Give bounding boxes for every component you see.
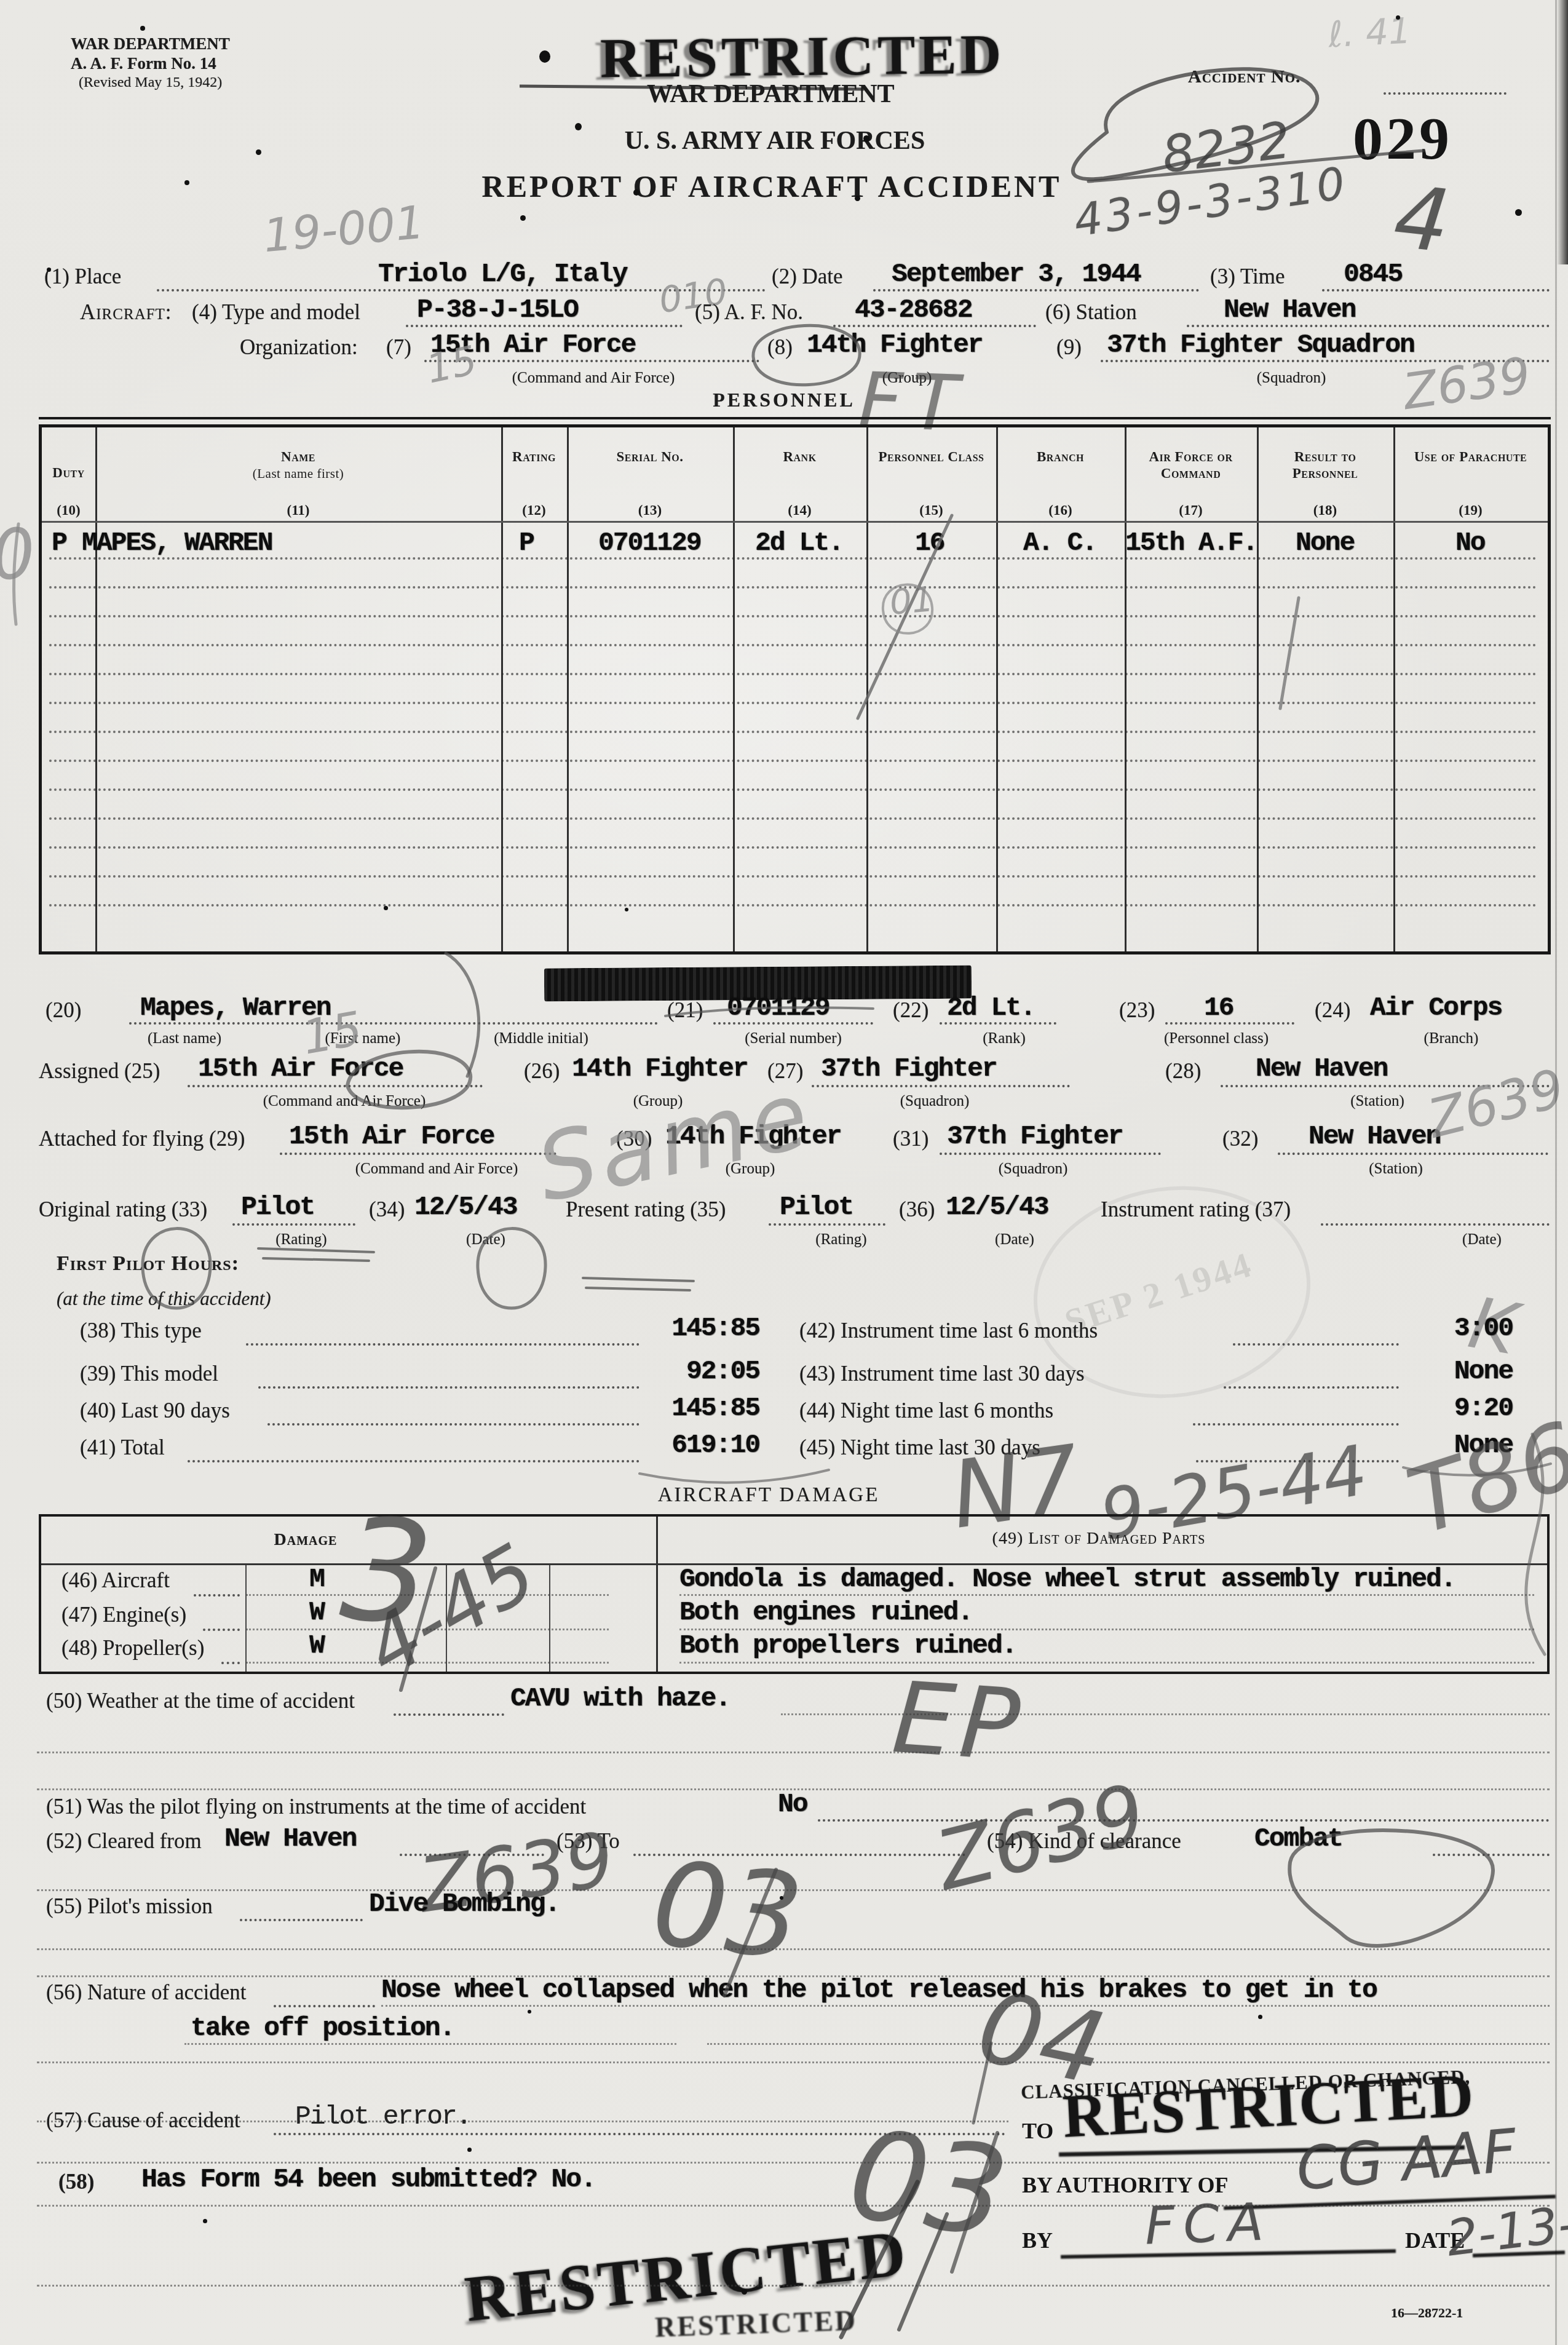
hw-film-number: 19-001 [261, 200, 426, 260]
present-rating-value: Pilot [780, 1194, 853, 1220]
field-date-label: (2) Date [772, 266, 843, 287]
dotted-leader [188, 1085, 483, 1087]
dotted-leader [267, 1423, 639, 1426]
col-header-name-sub: (Last name first) [95, 466, 501, 482]
scan-speck [520, 215, 526, 221]
col-num: (15) [866, 502, 996, 518]
assigned-sq-value: 37th Fighter [821, 1055, 997, 1082]
table-row-line [49, 817, 1537, 820]
row-rank: 2d Lt. [755, 530, 843, 556]
damage-divider [656, 1517, 658, 1672]
hw-fca: FCA [1144, 2196, 1273, 2252]
table-row-line [49, 615, 1537, 617]
damage-46-parts: Gondola is damaged. Nose wheel strut ass… [679, 1566, 1455, 1592]
field-type-label: (4) Type and model [192, 301, 360, 323]
assigned-st-label: (28) [1165, 1060, 1201, 1082]
dotted-leader [812, 1085, 1070, 1087]
assigned-sub: (Command and Air Force) [203, 1093, 486, 1109]
damage-47-label: (47) Engine(s) [61, 1604, 186, 1625]
field-9-label: (9) [1056, 336, 1082, 358]
hours-39-label: (39) This model [80, 1363, 218, 1384]
dotted-leader [1322, 289, 1550, 292]
field-57-value: Pilot error. [295, 2103, 471, 2130]
scan-speck [256, 149, 261, 155]
scan-speck [575, 123, 582, 130]
field-8-label: (8) [767, 336, 793, 358]
attached-st-label: (32) [1222, 1128, 1258, 1149]
dotted-leader [1321, 1223, 1550, 1226]
hw-org-15: 15 [423, 341, 480, 390]
dotted-leader [873, 289, 1199, 292]
col-header-duty: Duty [42, 464, 95, 481]
field-22-value: 2d Lt. [947, 994, 1035, 1021]
hw-same-scrawl: Same [529, 1068, 819, 1216]
col-header-serial: Serial No. [567, 448, 733, 465]
hw-mission-03: 03 [647, 1845, 807, 1977]
scan-speck [855, 196, 860, 201]
field-57-label: (57) Cause of accident [46, 2109, 240, 2131]
hours-40-value: 145:85 [633, 1395, 759, 1421]
table-header-rule [42, 521, 1548, 523]
scan-speck [203, 2219, 207, 2223]
field-22-label: (22) [893, 999, 929, 1021]
row-pclass: 16 [915, 530, 944, 556]
hours-42-label: (42) Instrument time last 6 months [799, 1320, 1098, 1341]
present-rating-sub: (Rating) [786, 1232, 897, 1247]
table-row-line [49, 875, 1537, 878]
field-55-value: Dive Bombing. [369, 1891, 559, 1917]
table-row-line [49, 644, 1537, 646]
scan-speck [539, 50, 550, 63]
damage-heading: AIRCRAFT DAMAGE [627, 1485, 910, 1506]
field-date-value: September 3, 1944 [892, 261, 1141, 287]
header-usaaf: U. S. ARMY AIR FORCES [606, 128, 944, 154]
field-9-sub: (Squadron) [1199, 370, 1384, 386]
field-time-value: 0845 [1344, 261, 1402, 287]
attached-st-sub: (Station) [1328, 1161, 1463, 1176]
scan-speck [780, 1896, 783, 1900]
hours-42-value: 3:00 [1396, 1315, 1513, 1341]
hw-margin-zero: 0 [0, 519, 38, 591]
scan-speck [467, 2148, 472, 2152]
scan-speck [384, 906, 388, 910]
present-date-value: 12/5/43 [946, 1194, 1048, 1220]
table-row-line [49, 846, 1537, 849]
field-56-label: (56) Nature of accident [46, 1982, 247, 2003]
table-row-line [49, 673, 1537, 675]
dotted-leader [381, 2005, 1550, 2007]
dotted-leader [1233, 1343, 1399, 1346]
accident-no-label: Accident No. [1188, 68, 1301, 86]
field-22-sub: (Rank) [952, 1031, 1056, 1046]
field-58-label: (58) [58, 2171, 94, 2192]
damage-46-code: M [309, 1566, 324, 1592]
scan-speck [625, 908, 628, 911]
dotted-leader [246, 1343, 639, 1346]
ruled-line [37, 2061, 1550, 2063]
present-rating-label: Present rating (35) [566, 1199, 726, 1220]
field-56-value1: Nose wheel collapsed when the pilot rele… [381, 1977, 1377, 2003]
hours-38-label: (38) This type [80, 1320, 202, 1341]
dotted-leader [203, 1629, 240, 1631]
field-52-label: (52) Cleared from [46, 1830, 202, 1852]
field-place-label: (1) Place [44, 266, 121, 287]
attached-value: 15th Air Force [289, 1123, 494, 1149]
col-num: (19) [1393, 502, 1548, 518]
row-parachute: No [1455, 530, 1485, 556]
col-num: (10) [42, 502, 95, 518]
stamp-by-label: BY [1022, 2228, 1053, 2253]
assigned-label: Assigned (25) [39, 1060, 160, 1082]
field-52-value: New Haven [224, 1825, 356, 1852]
attached-sq-value: 37th Fighter [947, 1123, 1123, 1149]
stamp-to-label: TO [1022, 2118, 1053, 2144]
table-row-line [49, 788, 1537, 791]
field-54-value: Combat [1254, 1825, 1342, 1852]
col-header-command: Air Force or Command [1131, 448, 1251, 482]
scan-speck [1258, 2015, 1262, 2019]
table-row-line [49, 760, 1537, 762]
col-num: (18) [1257, 502, 1393, 518]
table-row-line [49, 586, 1537, 589]
hw-assigned-15: 15 [299, 1005, 365, 1061]
attached-sub: (Command and Air Force) [295, 1161, 578, 1176]
damage-48-parts: Both propellers ruined. [679, 1632, 1016, 1659]
col-num: (16) [996, 502, 1125, 518]
field-20-label: (20) [46, 999, 81, 1021]
table-row-line [49, 731, 1537, 733]
dotted-leader [188, 1460, 639, 1462]
orig-rating-sub: (Rating) [246, 1232, 357, 1247]
damage-47-code: W [309, 1599, 324, 1625]
scan-edge-line [1555, 0, 1557, 2345]
dotted-leader [769, 1223, 885, 1226]
hours-38-value: 145:85 [633, 1315, 759, 1341]
assigned-sq-sub: (Squadron) [861, 1093, 1008, 1109]
col-header-result: Result to Personnel [1263, 448, 1387, 482]
stamp-029: 029 [1353, 105, 1452, 173]
col-header-name: Name [95, 448, 501, 465]
header-war-dept: WAR DEPARTMENT [647, 81, 893, 107]
dotted-leader [1384, 92, 1507, 95]
ruled-line [37, 1752, 1550, 1753]
hours-title: First Pilot Hours: [57, 1253, 239, 1274]
attached-label: Attached for flying (29) [39, 1128, 245, 1149]
dotted-leader [240, 1919, 363, 1921]
dotted-leader [274, 2005, 375, 2007]
stroke-date-underline-1 [258, 1248, 374, 1261]
damage-47-parts: Both engines ruined. [679, 1599, 972, 1625]
hours-43-label: (43) Instrument time last 30 days [799, 1363, 1085, 1384]
organization-prefix: Organization: [240, 336, 358, 358]
field-55-label: (55) Pilot's mission [46, 1895, 213, 1917]
dotted-leader [1193, 1423, 1399, 1426]
field-24-label: (24) [1315, 999, 1350, 1021]
col-num: (12) [501, 502, 567, 518]
assigned-st-value: New Haven [1256, 1055, 1387, 1082]
damage-list-header: (49) List of Damaged Parts [730, 1530, 1468, 1547]
orig-date-value: 12/5/43 [414, 1194, 517, 1220]
dotted-leader [679, 1594, 1534, 1596]
col-header-rating: Rating [501, 448, 567, 465]
assigned-value: 15th Air Force [198, 1055, 403, 1082]
attached-st-value: New Haven [1309, 1123, 1440, 1149]
field-21-label: (21) [667, 999, 703, 1021]
hw-z639-top: Z639 [1400, 351, 1534, 417]
dotted-leader [833, 325, 1036, 327]
stroke-date-underline-2 [583, 1278, 694, 1290]
orig-date-sub: (Date) [430, 1232, 541, 1247]
present-date-label: (36) [899, 1199, 935, 1220]
orig-rating-value: Pilot [241, 1194, 314, 1220]
field-20-sub3: (Middle initial) [467, 1031, 615, 1046]
scan-speck [184, 180, 189, 185]
row-command: 15th A.F. [1125, 530, 1257, 556]
table-top-rule [39, 417, 1551, 419]
scan-speck [528, 2010, 531, 2014]
dotted-leader [940, 1153, 1161, 1155]
field-9-value: 37th Fighter Squadron [1107, 331, 1414, 358]
hours-39-value: 92:05 [633, 1358, 759, 1384]
corner-war-dept: WAR DEPARTMENT [71, 36, 230, 52]
corner-revised: (Revised May 15, 1942) [79, 75, 222, 90]
instr-rating-sub: (Date) [1427, 1232, 1537, 1247]
print-code: 16—28722-1 [1391, 2306, 1463, 2320]
assigned-group-label: (26) [524, 1060, 560, 1082]
dotted-leader [1278, 1153, 1548, 1155]
dotted-leader [1433, 1854, 1550, 1856]
table-row-line [49, 557, 1537, 560]
hours-41-label: (41) Total [80, 1437, 165, 1458]
scan-speck [633, 189, 639, 196]
scan-speck [140, 26, 145, 31]
row-rating: P [519, 530, 534, 556]
dotted-leader [221, 1662, 240, 1664]
row-duty: P [52, 530, 66, 556]
hw-z639-attached: Z639 [1423, 1061, 1568, 1146]
scanned-accident-report-page: WAR DEPARTMENT A. A. F. Form No. 14 (Rev… [0, 0, 1568, 2345]
field-50-value: CAVU with haze. [510, 1685, 730, 1712]
stroke-assigned-flourish [446, 953, 479, 1076]
hw-z639-to: Z639 [929, 1773, 1153, 1903]
field-23-label: (23) [1119, 999, 1155, 1021]
damage-col-line [245, 1565, 247, 1672]
dotted-leader [184, 2043, 676, 2045]
col-header-pclass: Personnel Class [873, 448, 990, 465]
field-21-value: 0701129 [727, 994, 830, 1021]
field-56-value2: take off position. [191, 2015, 454, 2041]
orig-rating-label: Original rating (33) [39, 1199, 207, 1220]
field-20-sub1: (Last name) [123, 1031, 246, 1046]
field-24-value: Air Corps [1370, 994, 1502, 1021]
scan-edge [1557, 0, 1568, 264]
scan-speck [1515, 209, 1522, 216]
hours-44-label: (44) Night time last 6 months [799, 1400, 1053, 1421]
orig-date-label: (34) [369, 1199, 405, 1220]
damage-col-line [549, 1565, 550, 1672]
stroke-total-arc-left [639, 1470, 829, 1483]
row-result: None [1296, 530, 1354, 556]
hw-cg-aaf: CG AAF [1294, 2121, 1519, 2199]
ruled-line [37, 1948, 1550, 1950]
field-51-label: (51) Was the pilot flying on instruments… [46, 1796, 586, 1817]
field-23-value: 16 [1204, 994, 1233, 1021]
field-58-question: Has Form 54 been submitted? No. [141, 2166, 595, 2192]
corner-form-no: A. A. F. Form No. 14 [71, 55, 216, 72]
field-7-sub: (Command and Air Force) [458, 370, 729, 386]
col-num: (14) [733, 502, 866, 518]
scan-speck [47, 268, 51, 272]
field-8-value: 14th Fighter [807, 331, 983, 358]
attached-sq-label: (31) [893, 1128, 929, 1149]
col-num: (17) [1125, 502, 1257, 518]
damage-48-code: W [309, 1632, 324, 1659]
col-num: (13) [567, 502, 733, 518]
dotted-leader [679, 1662, 1534, 1664]
hours-41-value: 619:10 [633, 1432, 759, 1458]
field-station-label: (6) Station [1045, 301, 1137, 323]
personnel-title: PERSONNEL [698, 390, 870, 410]
dotted-leader [280, 1153, 556, 1155]
hw-ep-scrawl: EP [890, 1668, 1028, 1776]
field-23-sub: (Personnel class) [1130, 1031, 1302, 1046]
page-title: REPORT OF AIRCRAFT ACCIDENT [477, 171, 1067, 202]
col-header-rank: Rank [733, 448, 866, 465]
col-num: (11) [95, 502, 501, 518]
field-24-sub: (Branch) [1384, 1031, 1519, 1046]
field-station-value: New Haven [1224, 296, 1355, 323]
field-21-sub: (Serial number) [707, 1031, 879, 1046]
damage-46-label: (46) Aircraft [61, 1569, 170, 1591]
dotted-leader [406, 325, 683, 327]
dotted-leader [394, 1713, 504, 1716]
ruled-line [37, 2285, 1550, 2287]
dotted-leader [258, 1386, 639, 1389]
hours-subtitle: (at the time of this accident) [57, 1289, 271, 1308]
personnel-table: Duty Name (Last name first) Rating Seria… [39, 424, 1551, 954]
col-header-parachute: Use of Parachute [1400, 448, 1542, 465]
field-afno-value: 43-28682 [855, 296, 972, 323]
hours-40-label: (40) Last 90 days [80, 1400, 230, 1421]
field-51-value: No [778, 1791, 807, 1817]
hw-time-mark: 4 [1390, 175, 1454, 266]
dotted-leader [194, 1594, 240, 1597]
aircraft-prefix: Aircraft: [80, 301, 172, 323]
field-50-label: (50) Weather at the time of accident [46, 1690, 355, 1712]
dotted-leader [232, 1223, 355, 1226]
hw-class-01: 01 [889, 582, 935, 621]
field-place-value: Triolo L/G, Italy [378, 261, 627, 287]
row-serial: 0701129 [598, 530, 701, 556]
hours-43-value: None [1396, 1358, 1513, 1384]
table-row-line [49, 904, 1537, 907]
table-row-line [49, 702, 1537, 704]
field-time-label: (3) Time [1210, 266, 1285, 287]
dotted-leader [1187, 325, 1550, 327]
scan-speck [863, 135, 869, 142]
damage-48-label: (48) Propeller(s) [61, 1637, 204, 1659]
attached-sq-sub: (Squadron) [959, 1161, 1107, 1176]
row-branch: A. C. [1023, 530, 1096, 556]
restricted-stamp-bottom-small: RESTRICTED [654, 2304, 858, 2343]
dotted-leader [1224, 1386, 1399, 1389]
row-name: MAPES, WARREN [82, 530, 272, 556]
field-afno-label: (5) A. F. No. [695, 301, 803, 323]
field-type-value: P-38-J-15LO [417, 296, 578, 323]
hours-44-value: 9:20 [1396, 1395, 1513, 1421]
scan-speck [1396, 15, 1400, 20]
field-7-label: (7) [386, 336, 411, 358]
dotted-leader [707, 2043, 1550, 2045]
scan-speck [742, 2289, 747, 2295]
col-header-branch: Branch [996, 448, 1125, 465]
